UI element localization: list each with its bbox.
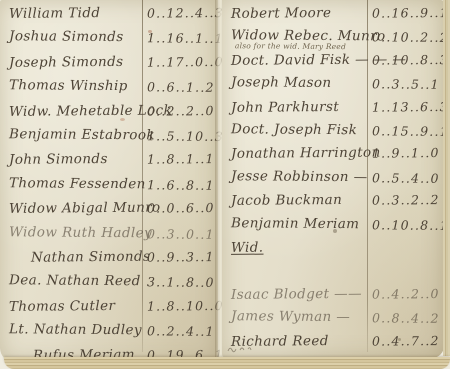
entry-amount: 3..1..8..0 — [147, 275, 215, 291]
entry-name: Benjamin Meriam — [231, 215, 360, 232]
entry-name: Robert Moore — [231, 5, 332, 22]
entry-note: also for the wid. Mary Reed — [235, 41, 346, 51]
entry-name: Nathan Simonds — [31, 249, 151, 266]
entry-amount: 0..8..4..2 — [372, 310, 440, 326]
entry-amount: 0..12..4..3 — [147, 5, 224, 21]
entry-name: Dea. Nathan Reed — [9, 273, 141, 290]
entry-amount: 0..16..9..1 — [372, 5, 449, 21]
entry-amount: 1..8..10..0 — [147, 298, 224, 314]
ledger-entry-row: Widow Ruth Hadley 0..3..0..1 — [0, 224, 218, 250]
ledger-entry-row: Lt. Nathan Dudley 0..2..4..1 — [0, 321, 218, 347]
entry-amount: 1..9..1..0 — [372, 145, 440, 161]
entry-amount: 0..3..5..1 — [372, 76, 440, 92]
right-page-rows: Robert Moore 0..16..9..1 Widow Rebec. Mu… — [222, 5, 444, 358]
entry-name: Thomas Winship — [9, 77, 128, 94]
entry-name: Joseph Simonds — [9, 54, 124, 71]
entry-name: Wid. — [231, 240, 264, 256]
entry-name: Doct. Joseph Fisk — [231, 121, 357, 138]
ledger-entry-row: William Tidd 0..12..4..3 — [0, 4, 218, 30]
entry-name: Thomas Cutler — [9, 298, 115, 315]
ledger-entry-row — [222, 262, 444, 288]
entry-name: John Parkhurst — [231, 99, 339, 116]
ledger-left-page: William Tidd 0..12..4..3 Joshua Simonds … — [0, 0, 218, 362]
entry-name: Isaac Blodget —— — [231, 286, 362, 303]
page-edges-bottom — [4, 357, 450, 369]
ledger-entry-row: James Wyman — 0..8..4..2 — [222, 308, 444, 334]
ledger-entry-row: Isaac Blodget —— 0..4..2..0 — [222, 285, 444, 311]
ledger-entry-row: Dea. Nathan Reed 3..1..8..0 — [0, 273, 218, 299]
ledger-entry-row: Doct. David Fisk — — — 0..10..8..3 — [222, 51, 444, 77]
entry-name: Benjamin Estabrook — [9, 126, 155, 143]
entry-name: William Tidd — [9, 5, 101, 22]
entry-amount: 0..4..2..0 — [372, 286, 440, 302]
notebook-photo: William Tidd 0..12..4..3 Joshua Simonds … — [0, 0, 450, 369]
entry-name: Widow Ruth Hadley — [9, 224, 152, 241]
entry-name: Lt. Nathan Dudley — [9, 321, 142, 338]
ink-scribble-mark — [227, 344, 253, 354]
entry-name: Joseph Mason — [231, 74, 332, 91]
entry-amount: 1..5..10..3 — [147, 128, 224, 144]
ledger-entry-row: Jesse Robbinson — 0..5..4..0 — [222, 168, 444, 194]
ledger-entry-row: Richard Reed 0..4..7..2 — [222, 332, 444, 358]
entry-amount: 0..2..2..0 — [147, 103, 215, 119]
entry-amount: 0..9..3..1 — [147, 249, 215, 265]
ledger-right-page: Robert Moore 0..16..9..1 Widow Rebec. Mu… — [222, 0, 444, 358]
ledger-entry-row: Thomas Fessenden 1..6..8..1 — [0, 175, 218, 201]
ledger-entry-row: Robert Moore 0..16..9..1 — [222, 4, 444, 30]
entry-amount: 1..6..8..1 — [147, 177, 215, 193]
ledger-entry-row: Thomas Winship 0..6..1..2 — [0, 77, 218, 103]
ledger-entry-row: Doct. Joseph Fisk 0..15..9..1 — [222, 121, 444, 147]
entry-amount: 1..8..1..1 — [147, 151, 215, 167]
page-edge-right — [443, 0, 450, 356]
entry-amount: 0..10..2..2 — [372, 30, 449, 46]
ledger-entry-row: Joseph Mason 0..3..5..1 — [222, 74, 444, 100]
ledger-entry-row: Wid. — [222, 238, 444, 264]
left-page-rows: William Tidd 0..12..4..3 Joshua Simonds … — [0, 5, 218, 362]
entry-amount: 1..17..0..0 — [147, 54, 224, 70]
ledger-entry-row: Jonathan Harrington 1..9..1..0 — [222, 144, 444, 170]
entry-amount: 0..10..8..1 — [372, 217, 449, 233]
entry-name: John Simonds — [9, 151, 108, 168]
entry-amount: 0..10..8..3 — [372, 52, 449, 68]
entry-amount: 0..0..6..0 — [147, 200, 215, 216]
entry-name: Jacob Buckman — [231, 192, 342, 209]
ledger-entry-row: John Simonds 1..8..1..1 — [0, 150, 218, 176]
ledger-entry-row: Benjamin Meriam 0..10..8..1 — [222, 215, 444, 241]
ledger-entry-row: Jacob Buckman 0..3..2..2 — [222, 191, 444, 217]
entry-amount: 0..2..4..1 — [147, 323, 215, 339]
entry-amount: 0..5..4..0 — [372, 170, 440, 186]
entry-amount: 1..16..1..1 — [147, 31, 224, 47]
ledger-entry-row: Joshua Simonds 1..16..1..1 — [0, 29, 218, 55]
entry-amount: 0..15..9..1 — [372, 123, 449, 139]
ledger-entry-row: Nathan Simonds 0..9..3..1 — [0, 248, 218, 274]
entry-name: Thomas Fessenden — [9, 175, 146, 192]
entry-name: Jesse Robbinson — — [231, 168, 368, 185]
entry-name: Jonathan Harrington — [231, 145, 381, 162]
ledger-entry-row: Widow Rebec. Munro also for the wid. Mar… — [222, 28, 444, 54]
entry-amount: 0..4..7..2 — [372, 333, 440, 349]
ledger-entry-row: Joseph Simonds 1..17..0..0 — [0, 53, 218, 79]
ledger-entry-row: Widw. Mehetable Lock 0..2..2..0 — [0, 102, 218, 128]
ledger-entry-row: John Parkhurst 1..13..6..3 — [222, 98, 444, 124]
entry-amount: 0..3..0..1 — [147, 226, 215, 242]
ledger-entry-row: Thomas Cutler 1..8..10..0 — [0, 297, 218, 323]
entry-name: Joshua Simonds — [9, 29, 124, 46]
ledger-entry-row: Widow Abigal Munro 0..0..6..0 — [0, 199, 218, 225]
entry-amount: 0..3..2..2 — [372, 192, 440, 208]
entry-amount: 1..13..6..3 — [372, 99, 449, 115]
entry-name: James Wyman — — [231, 308, 350, 325]
entry-amount: 0..6..1..2 — [147, 79, 215, 95]
entry-name: Widow Abigal Munro — [9, 200, 161, 217]
ledger-entry-row: Benjamin Estabrook 1..5..10..3 — [0, 126, 218, 152]
